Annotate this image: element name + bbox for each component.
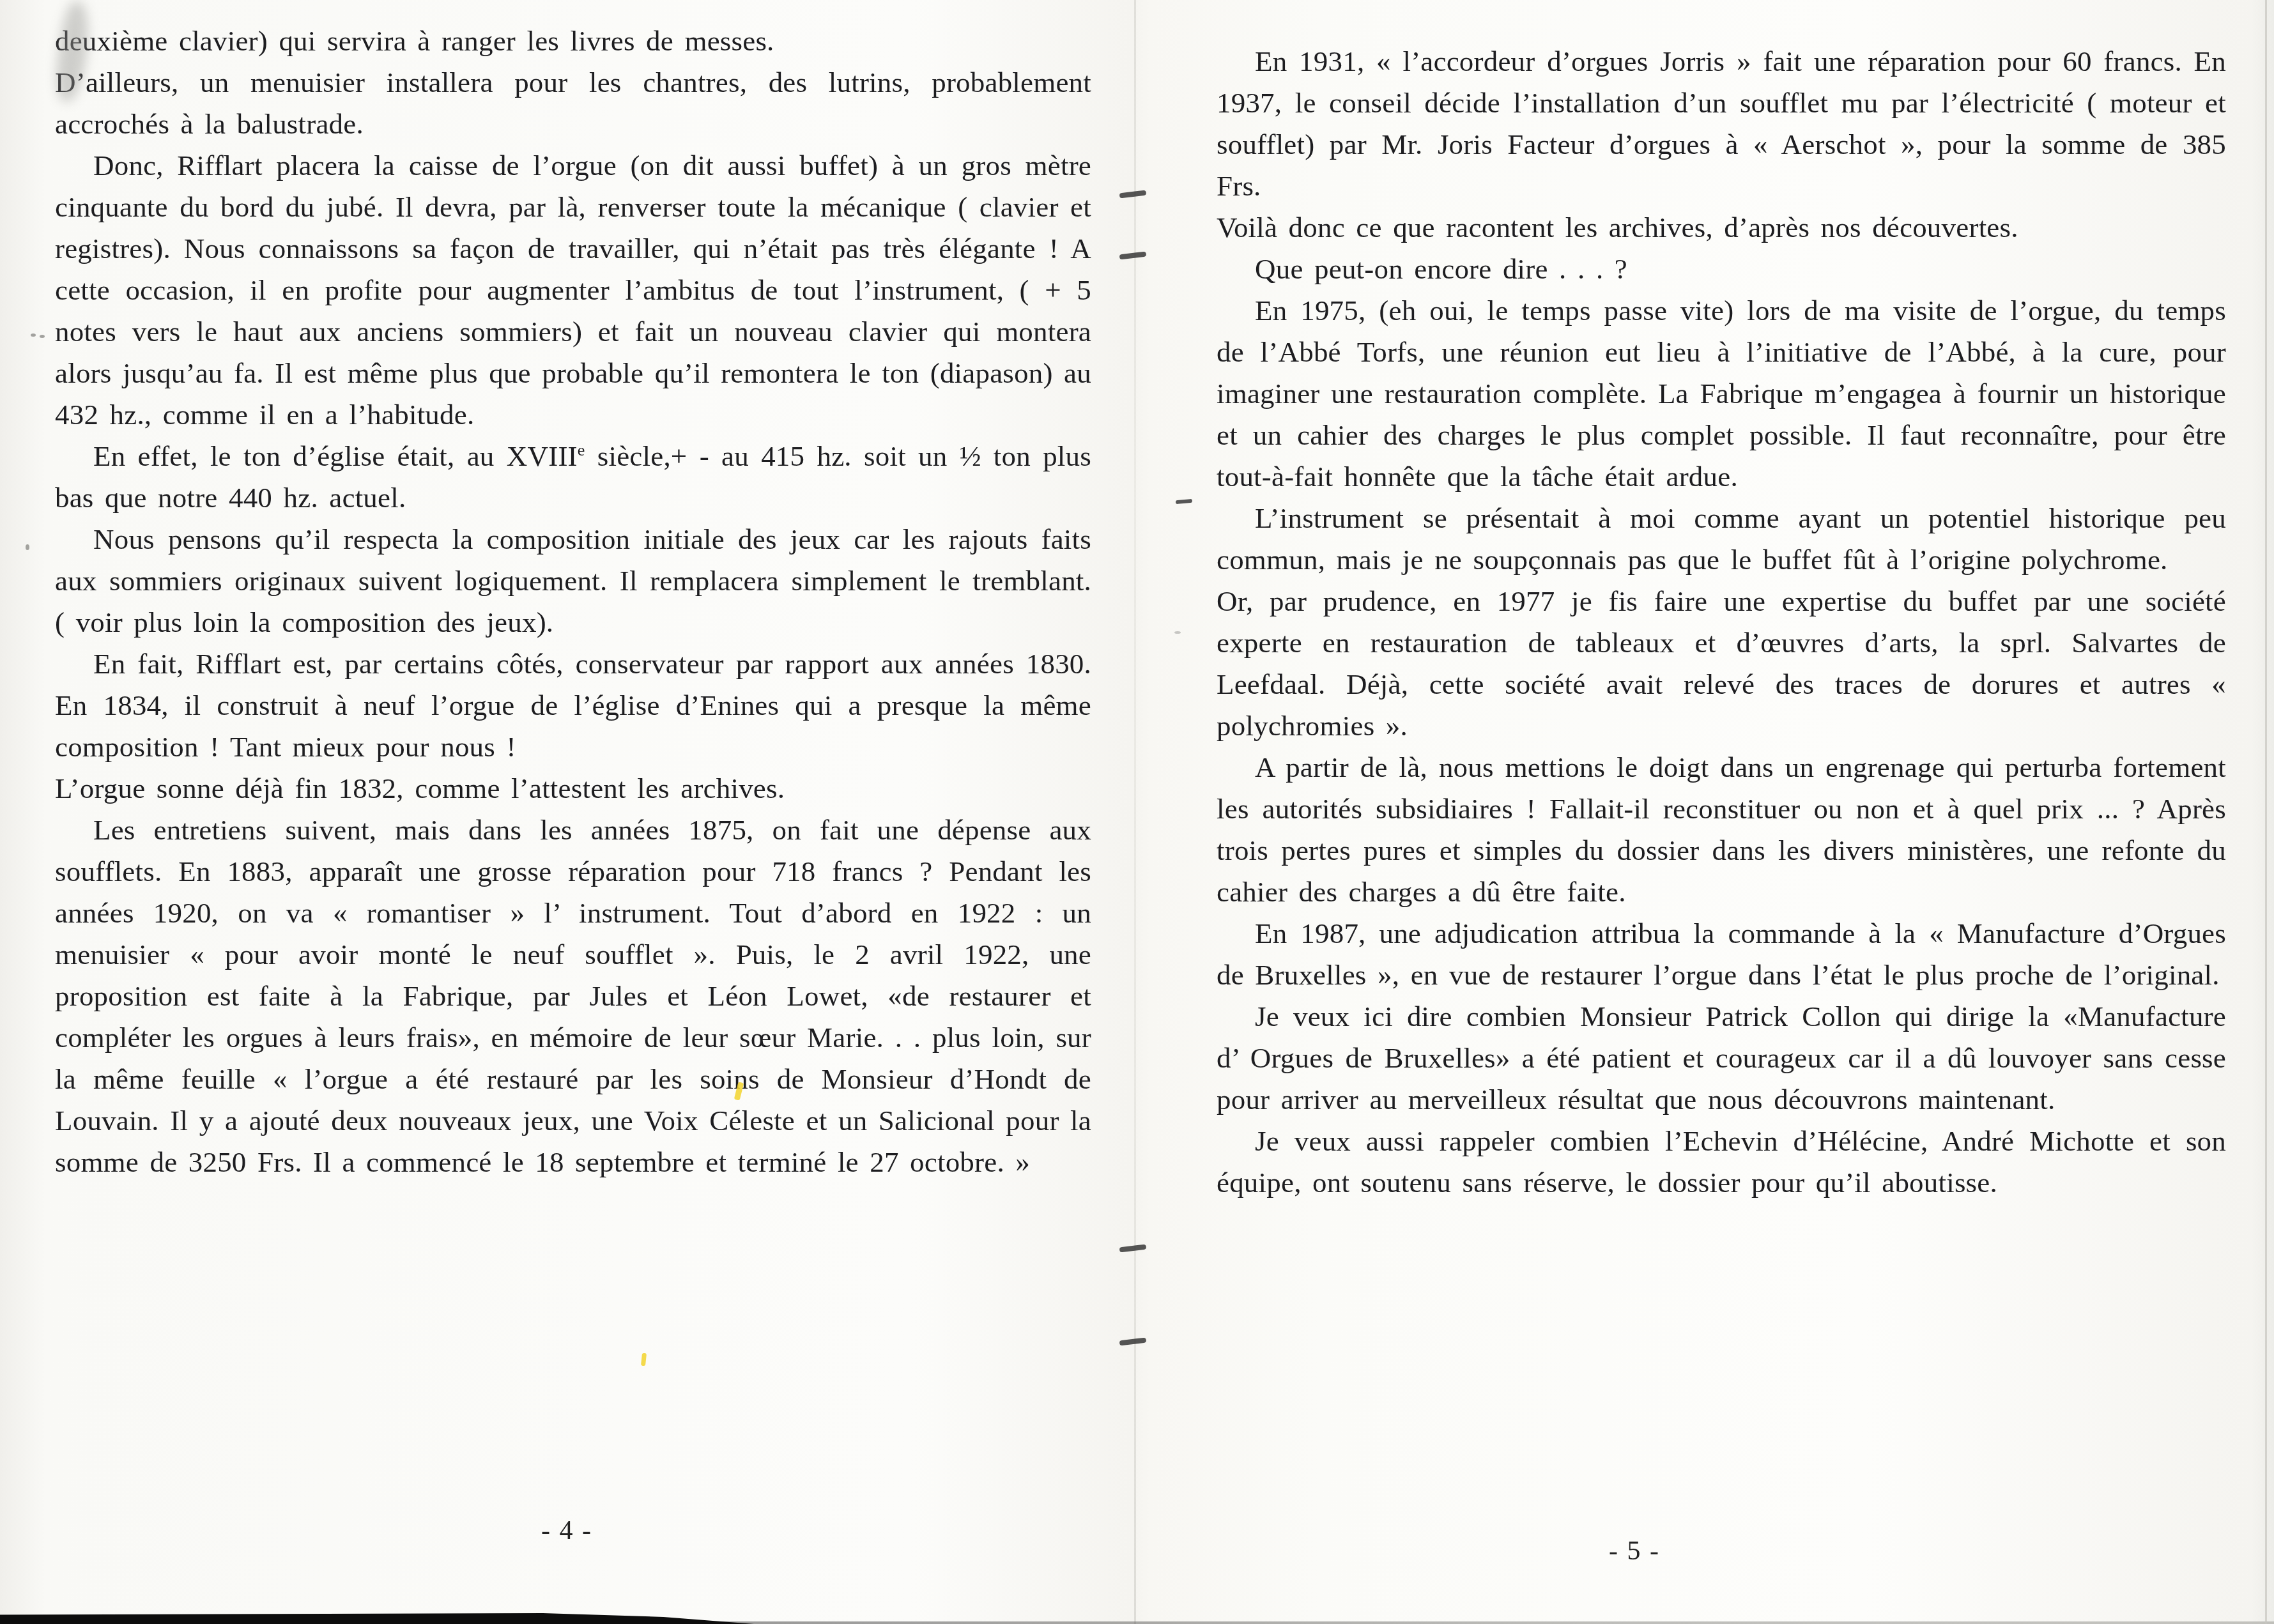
paragraph: En 1931, « l’accordeur d’orgues Jorris »…: [1217, 41, 2226, 207]
scan-artifact-binding-mark: [1119, 1337, 1147, 1345]
paragraph: Or, par prudence, en 1977 je fis faire u…: [1217, 581, 2226, 747]
scan-artifact-binding-mark: [1119, 251, 1147, 259]
scan-artifact-speck: [31, 333, 36, 337]
superscript-e: e: [578, 441, 585, 459]
page-number-4: - 4 -: [471, 1515, 663, 1546]
scan-artifact-dash: [1176, 499, 1192, 504]
paragraph: Je veux ici dire combien Monsieur Patric…: [1217, 996, 2226, 1121]
page-5-text-block: En 1931, « l’accordeur d’orgues Jorris »…: [1217, 41, 2226, 1204]
scanned-book-spread: deuxième clavier) qui servira à ranger l…: [0, 0, 2274, 1624]
paragraph: Les entretiens suivent, mais dans les an…: [55, 809, 1091, 1183]
paragraph: Voilà donc ce que racontent les archives…: [1217, 207, 2226, 249]
paragraph: L’orgue sonne déjà fin 1832, comme l’att…: [55, 768, 1091, 809]
scan-bottom-black-band: [0, 1613, 754, 1624]
page-number-5: - 5 -: [1539, 1536, 1730, 1567]
scan-artifact-speck: [1174, 631, 1181, 634]
paragraph: En 1975, (eh oui, le temps passe vite) l…: [1217, 290, 2226, 498]
paragraph: Je veux aussi rappeler combien l’Echevin…: [1217, 1121, 2226, 1204]
page-gutter-line: [1134, 0, 1136, 1624]
scan-artifact-binding-mark: [1119, 190, 1147, 198]
scan-artifact-speck: [26, 544, 29, 550]
paragraph: A partir de là, nous mettions le doigt d…: [1217, 747, 2226, 913]
paragraph: L’instrument se présentait à moi comme a…: [1217, 498, 2226, 581]
paragraph: D’ailleurs, un menuisier installera pour…: [55, 62, 1091, 145]
paragraph: Que peut-on encore dire . . . ?: [1217, 249, 2226, 290]
scan-artifact-highlight-speck: [641, 1353, 647, 1367]
page-4-text-block: deuxième clavier) qui servira à ranger l…: [55, 20, 1091, 1183]
paragraph: Nous pensons qu’il respecta la compositi…: [55, 519, 1091, 643]
paragraph-text: En effet, le ton d’église était, au XVII…: [93, 440, 578, 472]
paragraph: En fait, Rifflart est, par certains côté…: [55, 643, 1091, 768]
paragraph: deuxième clavier) qui servira à ranger l…: [55, 20, 1091, 62]
paragraph: En 1987, une adjudication attribua la co…: [1217, 913, 2226, 996]
paragraph: En effet, le ton d’église était, au XVII…: [55, 436, 1091, 519]
scan-artifact-binding-mark: [1119, 1244, 1147, 1252]
paragraph: Donc, Rifflart placera la caisse de l’or…: [55, 145, 1091, 436]
scan-right-edge-line: [2265, 0, 2267, 1624]
